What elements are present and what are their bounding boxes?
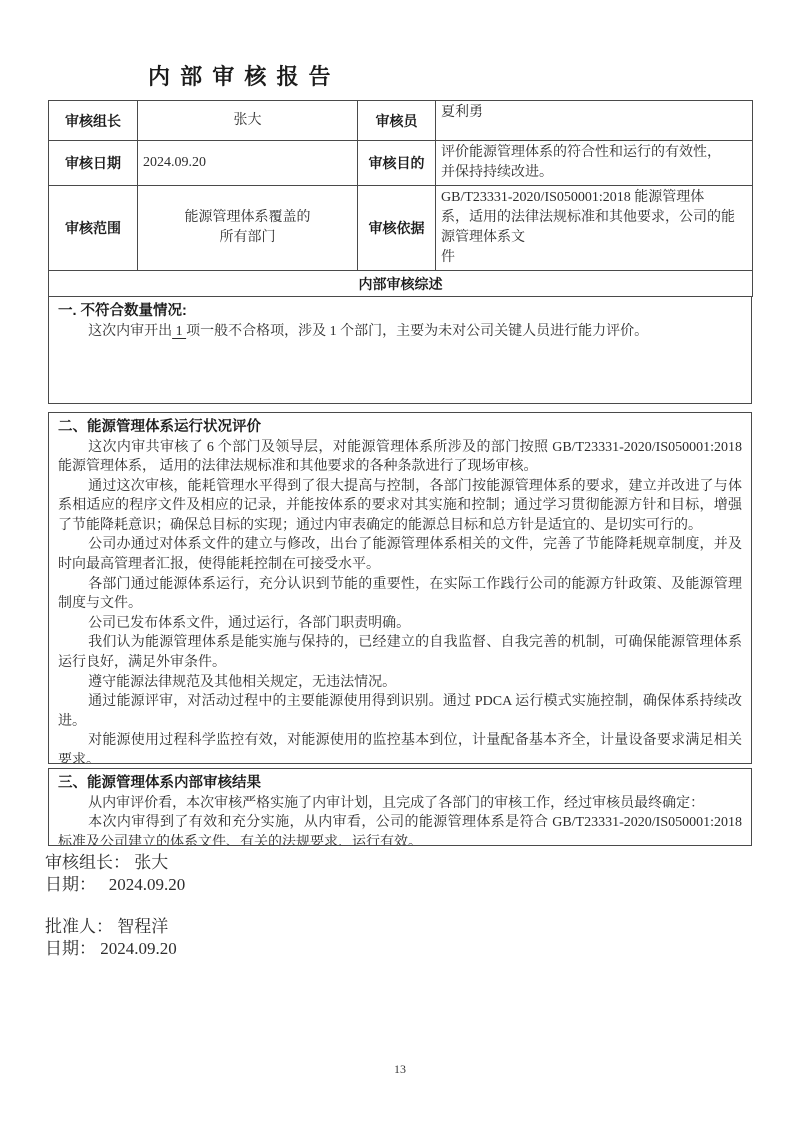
summary-header: 内部审核综述 [49,271,753,297]
audit-leader-label: 审核组长 [49,101,138,141]
section2-heading: 二、能源管理体系运行状况评价 [58,418,742,437]
document-page: 内 部 审 核 报 告 审核组长 张大 审核员 夏利勇 审核日期 2024.09… [0,0,800,1131]
nonconformity-count: 1 [172,324,186,339]
audit-date-label: 审核日期 [49,141,138,186]
signature-gap [48,896,752,916]
audit-scope-value: 能源管理体系覆盖的 所有部门 [138,186,358,271]
signature-leader: 审核组长： 张大 [45,852,752,874]
section2-paragraph: 公司办通过对体系文件的建立与修改，出台了能源管理体系相关的文件，完善了节能降耗规… [58,535,742,574]
section-nonconformity: 一. 不符合数量情况: 这次内审开出 1 项一般不合格项，涉及 1 个部门，主要… [48,296,752,404]
section2-paragraph: 通过能源评审，对活动过程中的主要能源使用得到识别。通过 PDCA 运行模式实施控… [58,692,742,731]
section-audit-result: 三、能源管理体系内部审核结果 从内审评价看，本次审核严格实施了内审计划，且完成了… [48,768,752,846]
table-row-scope-basis: 审核范围 能源管理体系覆盖的 所有部门 审核依据 GB/T23331-2020/… [49,186,753,271]
section1-text-suffix: 项一般不合格项，涉及 1 个部门，主要为未对公司关键人员进行能力评价。 [186,324,648,339]
section-system-evaluation: 二、能源管理体系运行状况评价 这次内审共审核了 6 个部门及领导层，对能源管理体… [48,412,752,764]
audit-scope-label: 审核范围 [49,186,138,271]
audit-purpose-label: 审核目的 [358,141,436,186]
page-title: 内 部 审 核 报 告 [148,64,752,90]
section2-paragraph: 这次内审共审核了 6 个部门及领导层，对能源管理体系所涉及的部门按照 GB/T2… [58,438,742,477]
audit-leader-value: 张大 [138,101,358,141]
table-row-date-purpose: 审核日期 2024.09.20 审核目的 评价能源管理体系的符合性和运行的有效性… [49,141,753,186]
section1-text-prefix: 这次内审开出 [88,324,172,339]
section2-paragraph: 公司已发布体系文件，通过运行，各部门职责明确。 [58,614,742,634]
audit-purpose-value: 评价能源管理体系的符合性和运行的有效性， 并保持持续改进。 [436,141,753,186]
audit-info-table: 审核组长 张大 审核员 夏利勇 审核日期 2024.09.20 审核目的 评价能… [48,100,753,297]
signature-approver-date: 日期： 2024.09.20 [45,938,752,960]
auditor-value: 夏利勇 [436,101,753,141]
section2-paragraph: 对能源使用过程科学监控有效，对能源使用的监控基本到位，计量配备基本齐全，计量设备… [58,731,742,763]
audit-basis-value: GB/T23331-2020/IS050001:2018 能源管理体 系，适用的… [436,186,753,271]
section3-paragraph: 本次内审得到了有效和充分实施，从内审看，公司的能源管理体系是符合 GB/T233… [58,813,742,845]
section3-heading: 三、能源管理体系内部审核结果 [58,774,742,793]
signature-block: 审核组长： 张大 日期： 2024.09.20 批准人： 智程洋 日期： 202… [48,852,752,960]
table-row-summary-header: 内部审核综述 [49,271,753,297]
signature-approver: 批准人： 智程洋 [45,916,752,938]
audit-basis-label: 审核依据 [358,186,436,271]
section1-heading: 一. 不符合数量情况: [58,302,742,321]
section2-paragraph: 通过这次审核，能耗管理水平得到了很大提高与控制，各部门按能源管理体系的要求，建立… [58,477,742,536]
section2-paragraph: 各部门通过能源体系运行，充分认识到节能的重要性，在实际工作践行公司的能源方针政策… [58,575,742,614]
section1-paragraph: 这次内审开出 1 项一般不合格项，涉及 1 个部门，主要为未对公司关键人员进行能… [58,322,742,342]
table-row-leader-auditor: 审核组长 张大 审核员 夏利勇 [49,101,753,141]
section2-paragraph: 我们认为能源管理体系是能实施与保持的，已经建立的自我监督、自我完善的机制，可确保… [58,633,742,672]
section2-paragraph: 遵守能源法律规范及其他相关规定，无违法情况。 [58,673,742,693]
audit-date-value: 2024.09.20 [138,141,358,186]
section3-paragraph: 从内审评价看，本次审核严格实施了内审计划，且完成了各部门的审核工作，经过审核员最… [58,794,742,814]
page-number: 13 [0,1062,800,1077]
signature-leader-date: 日期： 2024.09.20 [45,874,752,896]
auditor-label: 审核员 [358,101,436,141]
